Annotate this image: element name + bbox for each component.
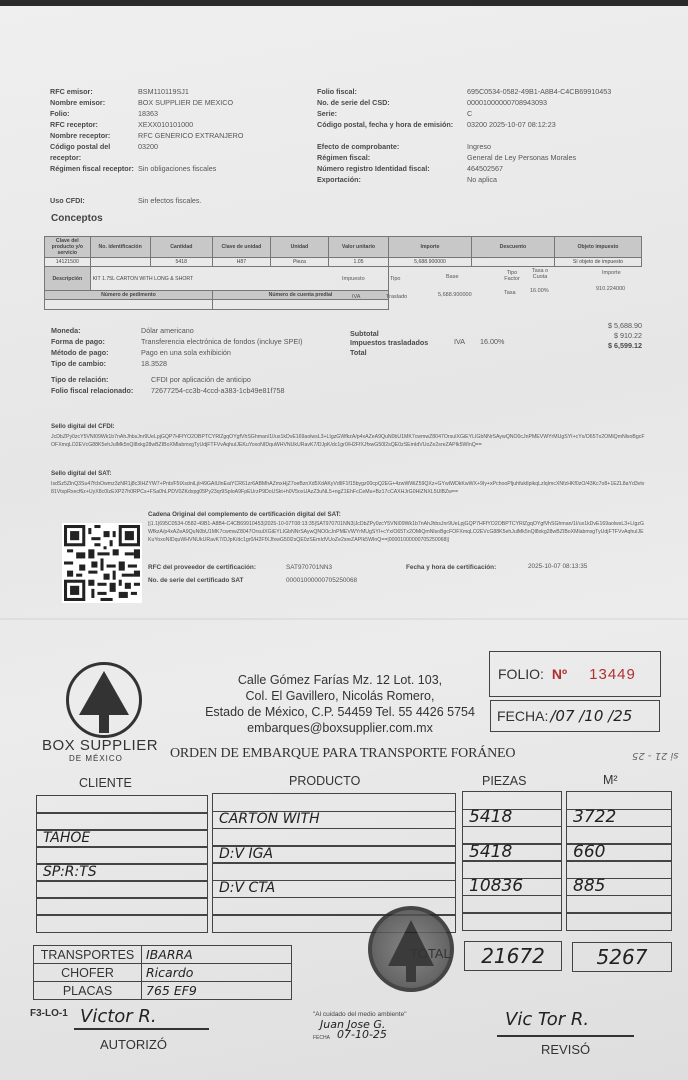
payment-info: Moneda:Dólar americano Forma de pago:Tra…: [51, 325, 351, 405]
grid-rule: [37, 846, 207, 848]
header-cell: No. identificación: [90, 237, 150, 258]
field-value: 03200 2025-10-07 08:12:23: [467, 119, 556, 130]
tax-header: Tipo Factor: [500, 270, 524, 282]
grid-rule: [213, 897, 455, 899]
company-logo: [66, 662, 142, 738]
cliente-cell: TAHOE: [43, 831, 90, 846]
table-cell: [471, 258, 554, 267]
field-label: RFC receptor:: [50, 119, 138, 130]
table-cell: Pieza: [270, 258, 328, 267]
field-value: 03200: [138, 141, 158, 163]
document-page: RFC emisor:BSM110119SJ1 Nombre emisor:BO…: [0, 6, 688, 1080]
field-label: Exportación:: [317, 174, 467, 185]
producto-cell: D:V IGA: [219, 847, 273, 862]
header-cell: Clave de unidad: [212, 237, 270, 258]
table-cell: 14121500: [45, 258, 91, 267]
field-label: Moneda:: [51, 325, 141, 336]
total-value: $ 6,599.12: [608, 340, 642, 351]
brand-subtitle: DE MÉXICO: [69, 754, 123, 763]
piezas-cell: 10836: [469, 879, 523, 894]
field-value: XEXX010101000: [138, 119, 193, 130]
field-value: CFDI por aplicación de anticipo: [151, 374, 251, 385]
m2-cell: 885: [573, 879, 605, 894]
header-cell: Importe: [389, 237, 472, 258]
table-cell: 1.05: [328, 258, 388, 267]
field-label: Tipo de relación:: [51, 374, 151, 385]
field-label: Régimen fiscal:: [317, 152, 467, 163]
placas-label: PLACAS: [34, 982, 142, 1000]
form-code: F3-LO-1: [30, 1008, 68, 1019]
address-line: Estado de México, C.P. 54459 Tel. 55 442…: [190, 704, 490, 720]
conceptos-title: Conceptos: [51, 213, 103, 224]
transportes-label: TRANSPORTES: [34, 946, 142, 964]
header-cell: Valor unitario: [328, 237, 388, 258]
folio-label: FOLIO:: [498, 666, 544, 682]
field-label: Serie:: [317, 108, 467, 119]
cert-serial-label: No. de serie del certificado SAT: [148, 575, 243, 586]
sello-cfdi-label: Sello digital del CFDI:: [51, 423, 647, 430]
folio-number-symbol: Nº: [552, 666, 567, 682]
cert-provider-value: SAT970701NN3: [286, 562, 332, 573]
transport-table: TRANSPORTES IBARRA CHOFER Ricardo PLACAS…: [33, 945, 292, 1000]
tax-header: Tipo: [390, 276, 401, 282]
tax-header: Impuesto: [342, 276, 365, 282]
field-label: Código postal del receptor:: [50, 141, 138, 163]
tax-detail: Impuesto Tipo Base Tipo Factor Tasa o Cu…: [342, 268, 642, 308]
header-cell: Descuento: [471, 237, 554, 258]
grid-rule: [37, 880, 207, 882]
tax-header: Base: [446, 274, 459, 280]
qr-code-icon: [64, 525, 140, 601]
total-label: Total: [350, 347, 367, 358]
field-value: General de Ley Personas Morales: [467, 152, 576, 163]
tax-value: Tasa: [504, 290, 516, 296]
margin-note: si 21 - 25: [632, 750, 679, 761]
sello-cfdi-block: Sello digital del CFDI: JcDbZPy0zcY5VNI0…: [51, 423, 647, 449]
field-label: Folio fiscal:: [317, 86, 467, 97]
sello-sat-block: Sello digital del SAT: IsdSz5ZlnQ3Su47fc…: [51, 470, 647, 496]
column-header-cliente: CLIENTE: [79, 776, 132, 790]
total-m2: 5267: [597, 945, 648, 969]
grid-rule: [37, 914, 207, 916]
autorizo-label: AUTORIZÓ: [100, 1037, 167, 1052]
company-address: Calle Gómez Farías Mz. 12 Lot. 103, Col.…: [190, 672, 490, 736]
field-label: RFC emisor:: [50, 86, 138, 97]
field-value: RFC GENERICO EXTRANJERO: [138, 130, 243, 141]
piezas-column: 5418541810836: [462, 791, 562, 931]
field-label: Tipo de cambio:: [51, 358, 141, 369]
sello-sat-value: IsdSz5ZlnQ3Su47fcbOwmz3zNR1j8c3IHZYW7+Pn…: [51, 480, 647, 496]
table-cell: 5418: [150, 258, 212, 267]
total-piezas: 21672: [481, 944, 545, 968]
field-value: BOX SUPPLIER DE MEXICO: [138, 97, 233, 108]
chofer-value: Ricardo: [142, 964, 292, 982]
field-label: Folio fiscal relacionado:: [51, 385, 151, 396]
order-title: ORDEN DE EMBARQUE PARA TRANSPORTE FORÁNE…: [170, 746, 515, 762]
qr-code: [62, 523, 142, 603]
m2-cell: 660: [573, 845, 605, 860]
cert-provider-label: RFC del proveedor de certificación:: [148, 562, 256, 573]
stamp-date-label: FECHA: [313, 1035, 330, 1041]
fecha-label: FECHA:: [497, 708, 548, 724]
tax-value: 5,688.900000: [438, 292, 472, 298]
field-value: C: [467, 108, 472, 119]
tax-header: Importe: [602, 270, 621, 276]
field-label: Folio:: [50, 108, 138, 119]
header-cell: Cantidad: [150, 237, 212, 258]
transportes-value: IBARRA: [142, 946, 292, 964]
stamp-note: "Al cuidado del medio ambiente": [313, 1011, 407, 1018]
tax-header: Tasa o Cuota: [528, 268, 552, 280]
cadena-label: Cadena Original del complemento de certi…: [148, 511, 646, 518]
total-m2-box: 5267: [572, 942, 672, 972]
column-header-producto: PRODUCTO: [289, 774, 360, 788]
taxes-type: IVA: [454, 336, 465, 347]
table-cell: Sí objeto de impuesto: [554, 258, 641, 267]
field-value: 72677254-cc3b-4ccd-a383-1cb49e81f758: [151, 385, 284, 396]
field-value: 464502567: [467, 163, 503, 174]
field-value: BSM110119SJ1: [138, 86, 189, 97]
m2-column: 3722660885: [566, 791, 672, 931]
tree-icon: [69, 665, 139, 735]
field-value: Pago en una sola exhibición: [141, 347, 231, 358]
cert-serial-value: 00001000000705250068: [286, 575, 357, 586]
field-label: Método de pago:: [51, 347, 141, 358]
table-cell: H87: [212, 258, 270, 267]
field-label: Número registro Identidad fiscal:: [317, 163, 467, 174]
reviso-line: [497, 1035, 634, 1037]
cliente-column: TAHOESP:R:TS: [36, 795, 208, 933]
field-value: No aplica: [467, 174, 497, 185]
grid-rule: [213, 828, 455, 830]
field-value: Transferencia electrónica de fondos (inc…: [141, 336, 303, 347]
field-label: Uso CFDI:: [50, 195, 138, 206]
field-label: Nombre receptor:: [50, 130, 138, 141]
grid-rule: [463, 912, 561, 914]
field-value: Sin efectos fiscales.: [138, 195, 202, 206]
totals: Subtotal Impuestos trasladados IVA 16.00…: [350, 320, 642, 360]
total-label: TOTAL: [410, 946, 451, 961]
grid-rule: [37, 812, 207, 814]
m2-cell: 3722: [573, 810, 616, 825]
field-label: Régimen fiscal receptor:: [50, 163, 138, 174]
column-header-piezas: PIEZAS: [482, 774, 526, 788]
cert-date-label: Fecha y hora de certificación:: [406, 562, 496, 573]
cadena-original-block: Cadena Original del complemento de certi…: [148, 511, 646, 544]
piezas-cell: 5418: [469, 845, 512, 860]
field-value: 00001000000708943093: [467, 97, 547, 108]
piezas-cell: 5418: [469, 810, 512, 825]
column-header-m2: M²: [603, 773, 618, 787]
grid-rule: [213, 862, 455, 864]
sello-sat-label: Sello digital del SAT:: [51, 470, 647, 477]
table-cell: [90, 258, 150, 267]
total-piezas-box: 21672: [464, 941, 562, 971]
stamp-date: 07-10-25: [337, 1028, 387, 1041]
email: embarques@boxsupplier.com.mx: [190, 720, 490, 736]
chofer-label: CHOFER: [34, 964, 142, 982]
folio-number: 13449: [589, 666, 636, 683]
brand-name: BOX SUPPLIER: [42, 737, 158, 754]
cadena-value: ||1.1|695C0534-0582-49B1-A8B4-C4CB699104…: [148, 520, 646, 544]
reviso-signature: Vic Tor R.: [505, 1009, 589, 1030]
address-line: Col. El Gavillero, Nicolás Romero,: [190, 688, 490, 704]
tax-value: Traslado: [386, 294, 407, 300]
table-cell: 5,688.900000: [389, 258, 472, 267]
autorizo-signature: Victor R.: [80, 1006, 157, 1027]
field-value: Dólar americano: [141, 325, 194, 336]
taxes-rate: 16.00%: [480, 336, 504, 347]
tax-value: 910.224000: [596, 286, 625, 292]
field-value: 695C0534-0582-49B1-A8B4-C4CB69910453: [467, 86, 611, 97]
tax-value: IVA: [352, 294, 360, 300]
tax-value: 16.00%: [530, 288, 549, 294]
header-cell: Clave del producto y/o servicio: [45, 237, 91, 258]
folio-box: FOLIO: Nº 13449: [489, 651, 661, 697]
page-fold-divider: [0, 618, 688, 620]
grid-rule: [37, 897, 207, 899]
field-value: Sin obligaciones fiscales: [138, 163, 216, 174]
field-label: Efecto de comprobante:: [317, 141, 467, 152]
placas-value: 765 EF9: [142, 982, 292, 1000]
field-value: 18.3528: [141, 358, 167, 369]
field-value: Ingreso: [467, 141, 491, 152]
field-label: Código postal, fecha y hora de emisión:: [317, 119, 467, 130]
reviso-label: REVISÓ: [541, 1042, 590, 1057]
field-label: Forma de pago:: [51, 336, 141, 347]
field-label: No. de serie del CSD:: [317, 97, 467, 108]
autorizo-line: [74, 1028, 209, 1030]
descripcion-label: Descripción: [45, 267, 91, 291]
cert-date-value: 2025-10-07 08:13:35: [528, 561, 587, 572]
cliente-cell: SP:R:TS: [43, 865, 97, 880]
grid-rule: [567, 912, 671, 914]
pedimento-label: Número de pedimento: [45, 291, 213, 300]
field-value: 18363: [138, 108, 158, 119]
header-cell: Unidad: [270, 237, 328, 258]
fecha-box: FECHA: /07 /10 /25: [490, 700, 660, 732]
field-label: Nombre emisor:: [50, 97, 138, 108]
sello-cfdi-value: JcDbZPy0zcY5VNI09Wk1b7nAhJhbsJnr9UeLpjGQ…: [51, 433, 647, 449]
fecha-value: /07 /10 /25: [550, 707, 632, 725]
certification-info: RFC del proveedor de certificación: SAT9…: [148, 562, 646, 592]
address-line: Calle Gómez Farías Mz. 12 Lot. 103,: [190, 672, 490, 688]
producto-cell: CARTON WITH: [219, 812, 320, 827]
producto-cell: D:V CTA: [219, 881, 275, 896]
header-cell: Objeto impuesto: [554, 237, 641, 258]
